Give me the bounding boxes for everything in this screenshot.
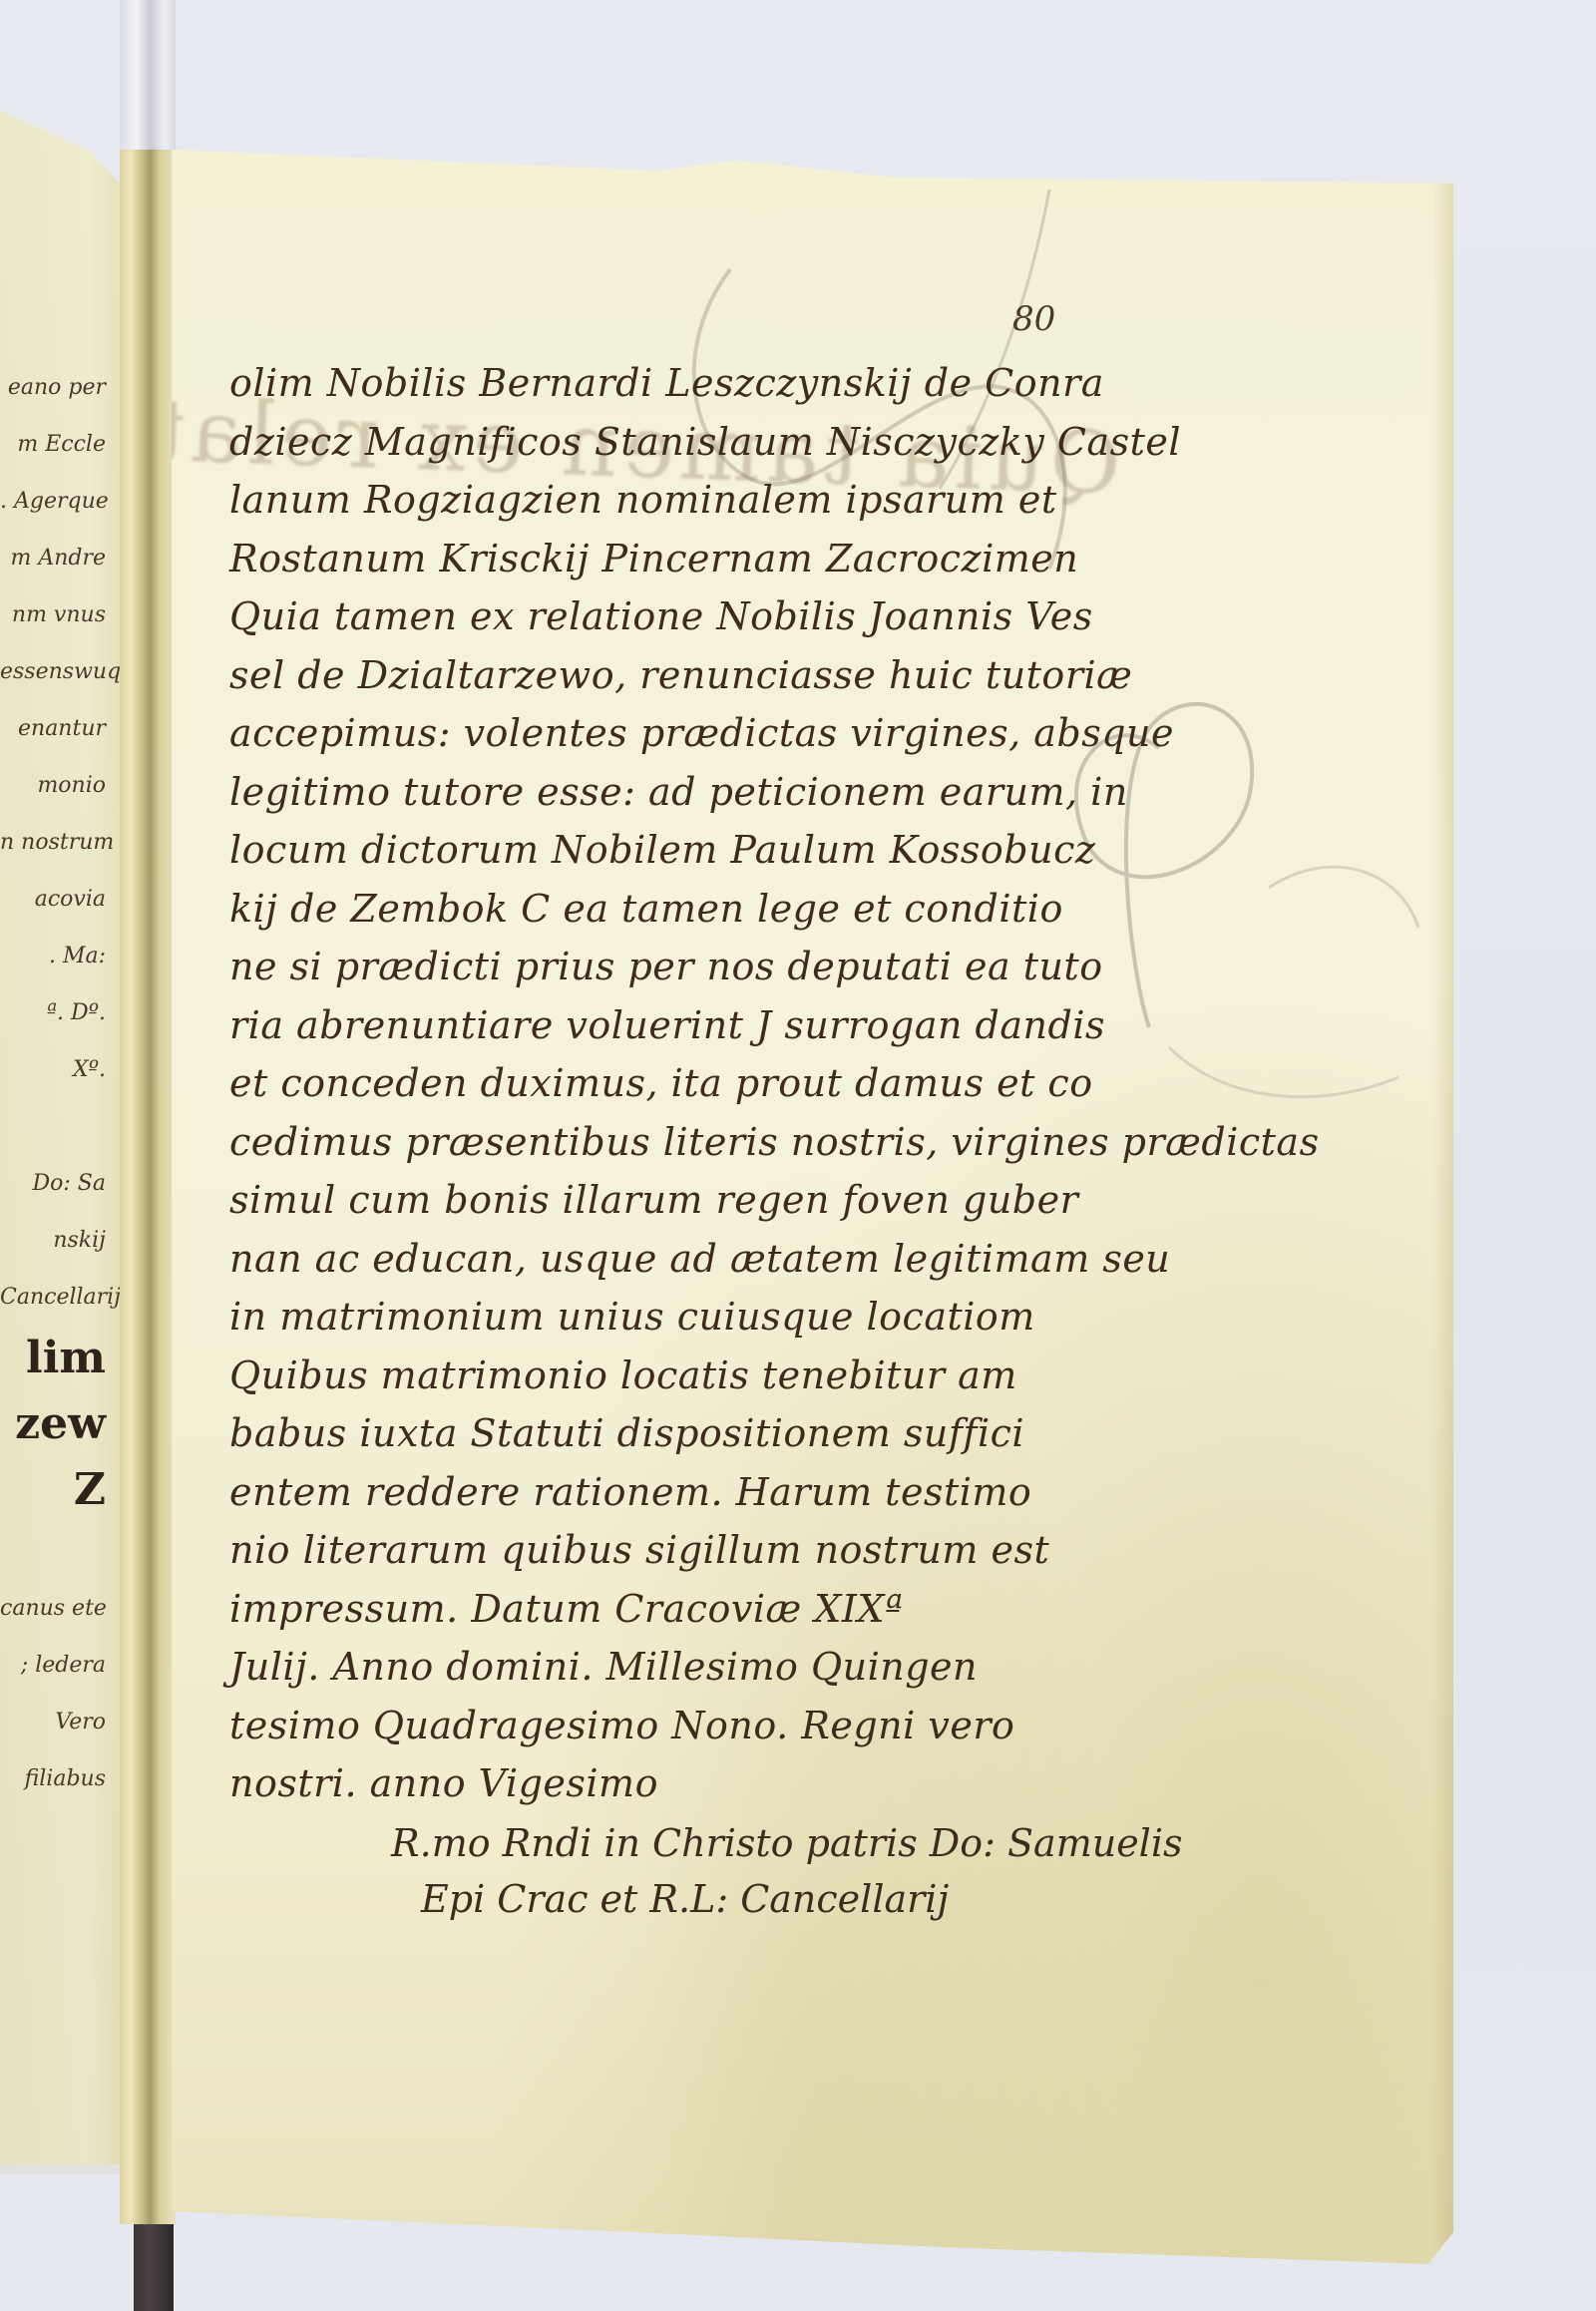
verso-line: . Agerque [0,473,120,530]
text-line: ria abrenuntiare voluerint J surrogan da… [229,996,1237,1055]
verso-line: nm vnus [0,586,120,643]
text-line: Rostanum Krisckij Pincernam Zacroczimen [229,530,1237,588]
text-line: ne si prædicti prius per nos deputati ea… [229,938,1237,996]
text-line: nan ac educan, usque ad ætatem legitimam… [229,1230,1237,1289]
text-line: et conceden duximus, ita prout damus et … [229,1054,1237,1113]
text-line: legitimo tutore esse: ad peticionem earu… [229,763,1237,822]
verso-line: filiabus [0,1750,120,1807]
verso-line: canus ete [0,1580,120,1637]
verso-line: ; ledera [0,1637,120,1694]
verso-display-line: lim [0,1326,120,1391]
verso-line: m Eccle [0,416,120,473]
text-line: sel de Dzialtarzewo, renunciasse huic tu… [229,646,1237,705]
text-line: nostri. anno Vigesimo [229,1754,1237,1813]
page-edge-tone [1431,150,1453,2264]
text-line: simul cum bonis illarum regen foven gube… [229,1171,1237,1230]
verso-line: Vero [0,1694,120,1750]
verso-line: acovia [0,871,120,928]
gutter-fold [120,150,176,2224]
verso-line: nskij [0,1212,120,1269]
glass-plate-top [120,0,176,150]
verso-line: Cancellarij [0,1269,120,1326]
text-line: Quia tamen ex relatione Nobilis Joannis … [229,587,1237,646]
verso-line: enantur [0,700,120,757]
verso-line: Xº. [0,1041,120,1098]
text-line: olim Nobilis Bernardi Leszczynskij de Co… [229,354,1237,413]
recto-page: Quia tamen ex relatione 80 olim Nobilis … [172,150,1453,2264]
chancery-subscription: R.mo Rndi in Christo patris Do: Samuelis… [391,1815,1183,1927]
text-line: Quibus matrimonio locatis tenebitur am [229,1347,1237,1405]
verso-line: ª. Dº. [0,984,120,1041]
folio-number: 80 [1012,299,1055,339]
verso-line: . Ma: [0,928,120,984]
text-line: accepimus: volentes prædictas virgines, … [229,704,1237,763]
verso-line [0,1523,120,1580]
text-line: impressum. Datum Cracoviæ XIXª [229,1580,1237,1639]
verso-margin-text: eano per m Eccle . Agerque m Andre nm vn… [0,359,120,1807]
verso-line: m Andre [0,530,120,586]
verso-line: monio [0,757,120,814]
text-line: in matrimonium unius cuiusque locatiom [229,1288,1237,1347]
text-line: dziecz Magnificos Stanislaum Nisczyczky … [229,413,1237,472]
verso-line: Do: Sa [0,1155,120,1212]
subscription-line: Epi Crac et R.L: Cancellarij [391,1871,1183,1927]
text-line: tesimo Quadragesimo Nono. Regni vero [229,1697,1237,1755]
verso-line [0,1098,120,1155]
text-line: cedimus præsentibus literis nostris, vir… [229,1113,1237,1172]
text-line: Julij. Anno domini. Millesimo Quingen [229,1638,1237,1697]
verso-line: n nostrum [0,814,120,871]
binding-gutter [120,0,176,2311]
verso-display-line: zew [0,1391,120,1457]
verso-line: eano per [0,359,120,416]
manuscript-body: olim Nobilis Bernardi Leszczynskij de Co… [229,354,1237,1813]
subscription-line: R.mo Rndi in Christo patris Do: Samuelis [391,1815,1183,1871]
text-line: lanum Rogziagzien nominalem ipsarum et [229,471,1237,530]
text-line: locum dictorum Nobilem Paulum Kossobucz [229,821,1237,880]
text-line: entem reddere rationem. Harum testimo [229,1463,1237,1522]
verso-display-line: Z [0,1457,120,1523]
text-line: nio literarum quibus sigillum nostrum es… [229,1521,1237,1580]
text-line: babus iuxta Statuti dispositionem suffic… [229,1404,1237,1463]
spine-strip [134,2224,174,2311]
verso-line: essenswuque [0,643,120,700]
text-line: kij de Zembok C ea tamen lege et conditi… [229,880,1237,939]
